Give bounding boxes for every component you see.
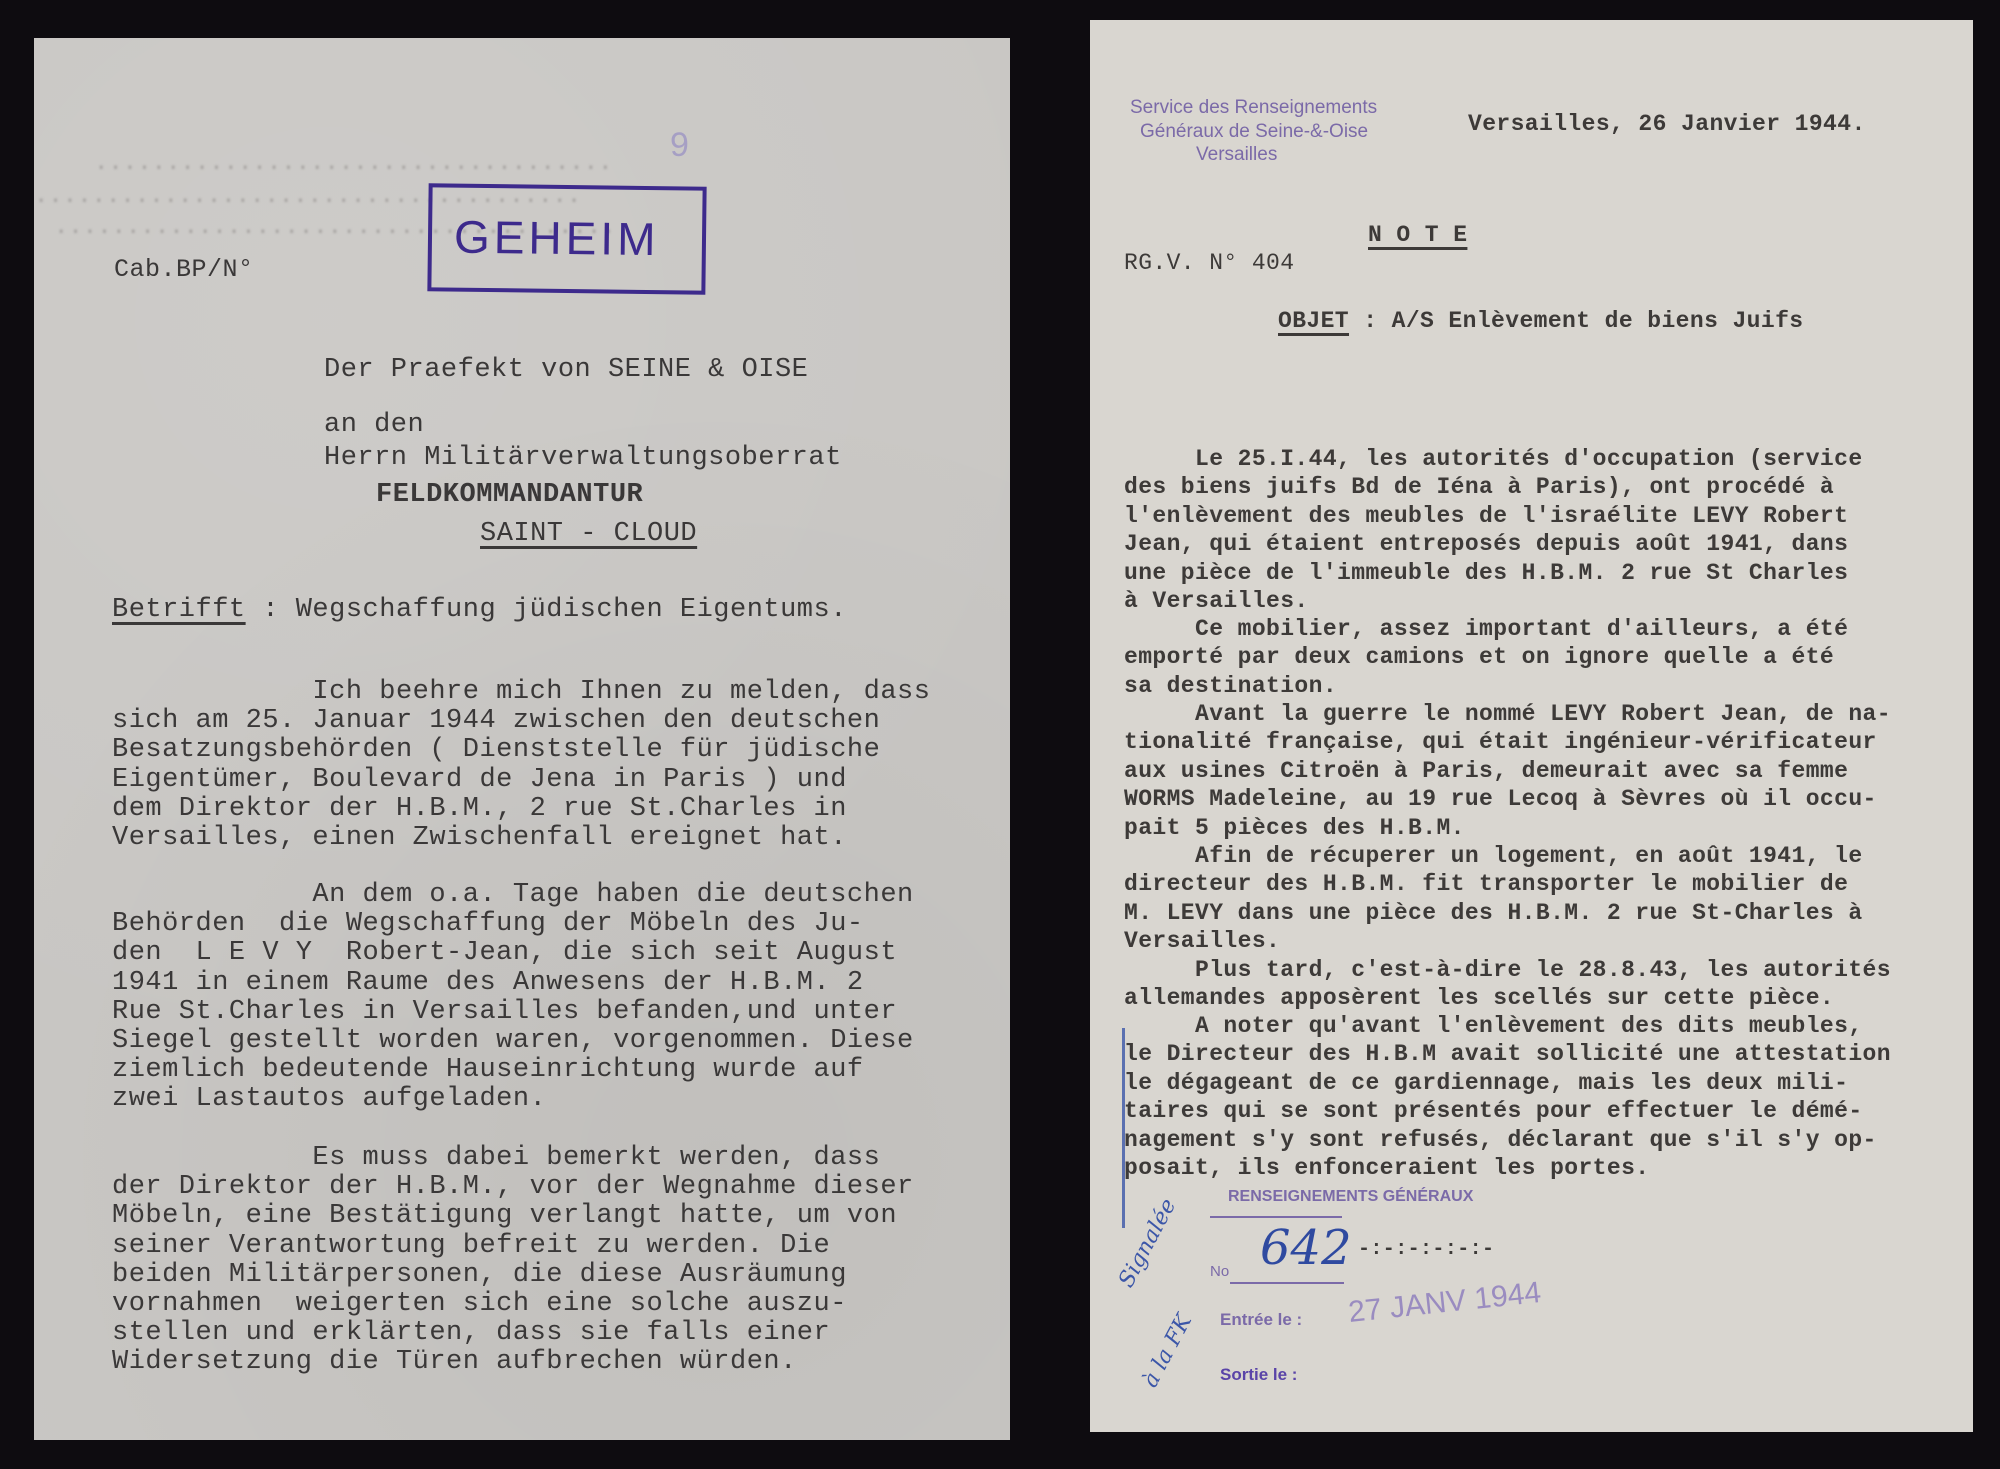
paragraph-1: Ich beehre mich Ihnen zu melden, dass si… <box>112 678 930 853</box>
registry-separator: -:-:-:-:-:- <box>1358 1238 1494 1261</box>
paragraph-3: Es muss dabei bemerkt werden, dass der D… <box>112 1144 914 1378</box>
registry-stamp-header: RENSEIGNEMENTS GÉNÉRAUX <box>1228 1188 1473 1206</box>
subject-text: : A/S Enlèvement de biens Juifs <box>1349 308 1803 334</box>
geheim-stamp: GEHEIM <box>427 183 706 294</box>
sender: Der Praefekt von SEINE & OISE <box>324 355 808 385</box>
exit-date-label: Sortie le : <box>1220 1365 1297 1385</box>
place-date: Versailles, 26 Janvier 1944. <box>1468 111 1866 137</box>
recipient-city: SAINT - CLOUD <box>480 519 697 549</box>
registry-line <box>1230 1282 1344 1284</box>
letterhead-line: Généraux de Seine-&-Oise <box>1140 121 1368 143</box>
paragraph-4: Afin de récuperer un logement, en août 1… <box>1124 842 1863 956</box>
geheim-stamp-text: GEHEIM <box>454 210 660 267</box>
registry-line <box>1210 1216 1342 1218</box>
subject-text: : Wegschaffung jüdischen Eigentums. <box>246 595 847 625</box>
paragraph-6: A noter qu'avant l'enlèvement des dits m… <box>1124 1012 1891 1182</box>
recipient-intro: an den <box>324 410 424 440</box>
recipient-office: FELDKOMMANDANTUR <box>376 480 643 510</box>
subject-label: OBJET <box>1278 308 1349 334</box>
german-letter-page: 9 .................................... .… <box>34 38 1010 1440</box>
faded-date-stamp: 9 <box>670 126 689 165</box>
paragraph-5: Plus tard, c'est-à-dire le 28.8.43, les … <box>1124 956 1891 1013</box>
reference-number: Cab.BP/N° <box>114 255 254 284</box>
subject-line: Betrifft : Wegschaffung jüdischen Eigent… <box>112 595 847 625</box>
subject-label: Betrifft <box>112 595 246 625</box>
paragraph-2: Ce mobilier, assez important d'ailleurs,… <box>1124 615 1848 700</box>
margin-note-line: à la FK <box>1138 1310 1197 1391</box>
letterhead-line: Service des Renseignements <box>1130 97 1377 119</box>
entry-date-stamp: 27 JANV 1944 <box>1347 1276 1543 1330</box>
entry-date-label: Entrée le : <box>1220 1310 1302 1330</box>
note-title: N O T E <box>1368 222 1467 248</box>
paragraph-1: Le 25.I.44, les autorités d'occupation (… <box>1124 445 1863 615</box>
subject-line: OBJET : A/S Enlèvement de biens Juifs <box>1278 308 1804 334</box>
french-note-page: Service des Renseignements Généraux de S… <box>1090 20 1973 1432</box>
reference-number: RG.V. N° 404 <box>1124 250 1294 276</box>
recipient-title: Herrn Militärverwaltungsoberrat <box>324 443 842 473</box>
faded-header-line: .................................... <box>94 150 612 177</box>
paragraph-2: An dem o.a. Tage haben die deutschen Beh… <box>112 881 914 1115</box>
registry-number-label: No <box>1210 1263 1229 1280</box>
margin-mark <box>1122 1028 1125 1228</box>
paragraph-3: Avant la guerre le nommé LEVY Robert Jea… <box>1124 700 1891 842</box>
registry-number-handwritten: 642 <box>1260 1220 1352 1276</box>
letterhead-line: Versailles <box>1196 144 1277 166</box>
